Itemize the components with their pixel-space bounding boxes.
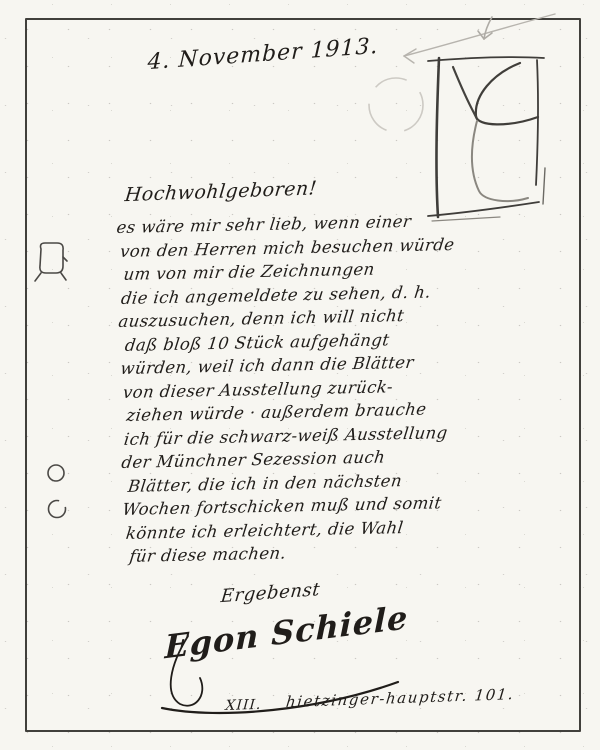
punch-hole-mark — [48, 465, 64, 481]
scanned-letter-page: 4. November 1913. Hochwohlgeboren! es wä… — [0, 0, 600, 750]
letter-body: es wäre mir sehr lieb, wenn einer von de… — [118, 209, 445, 568]
faint-arrow-line — [404, 14, 555, 63]
sketch-figure-curves — [453, 63, 538, 201]
small-arrow-icon — [478, 17, 492, 39]
address-district: XIII. — [225, 697, 262, 714]
sketch-frame — [428, 57, 545, 221]
faint-circle-mark — [369, 78, 423, 132]
punch-square-mark — [35, 243, 67, 281]
pencil-sketch — [360, 8, 570, 223]
punch-hole-mark — [49, 501, 66, 518]
margin-marks — [30, 235, 80, 525]
